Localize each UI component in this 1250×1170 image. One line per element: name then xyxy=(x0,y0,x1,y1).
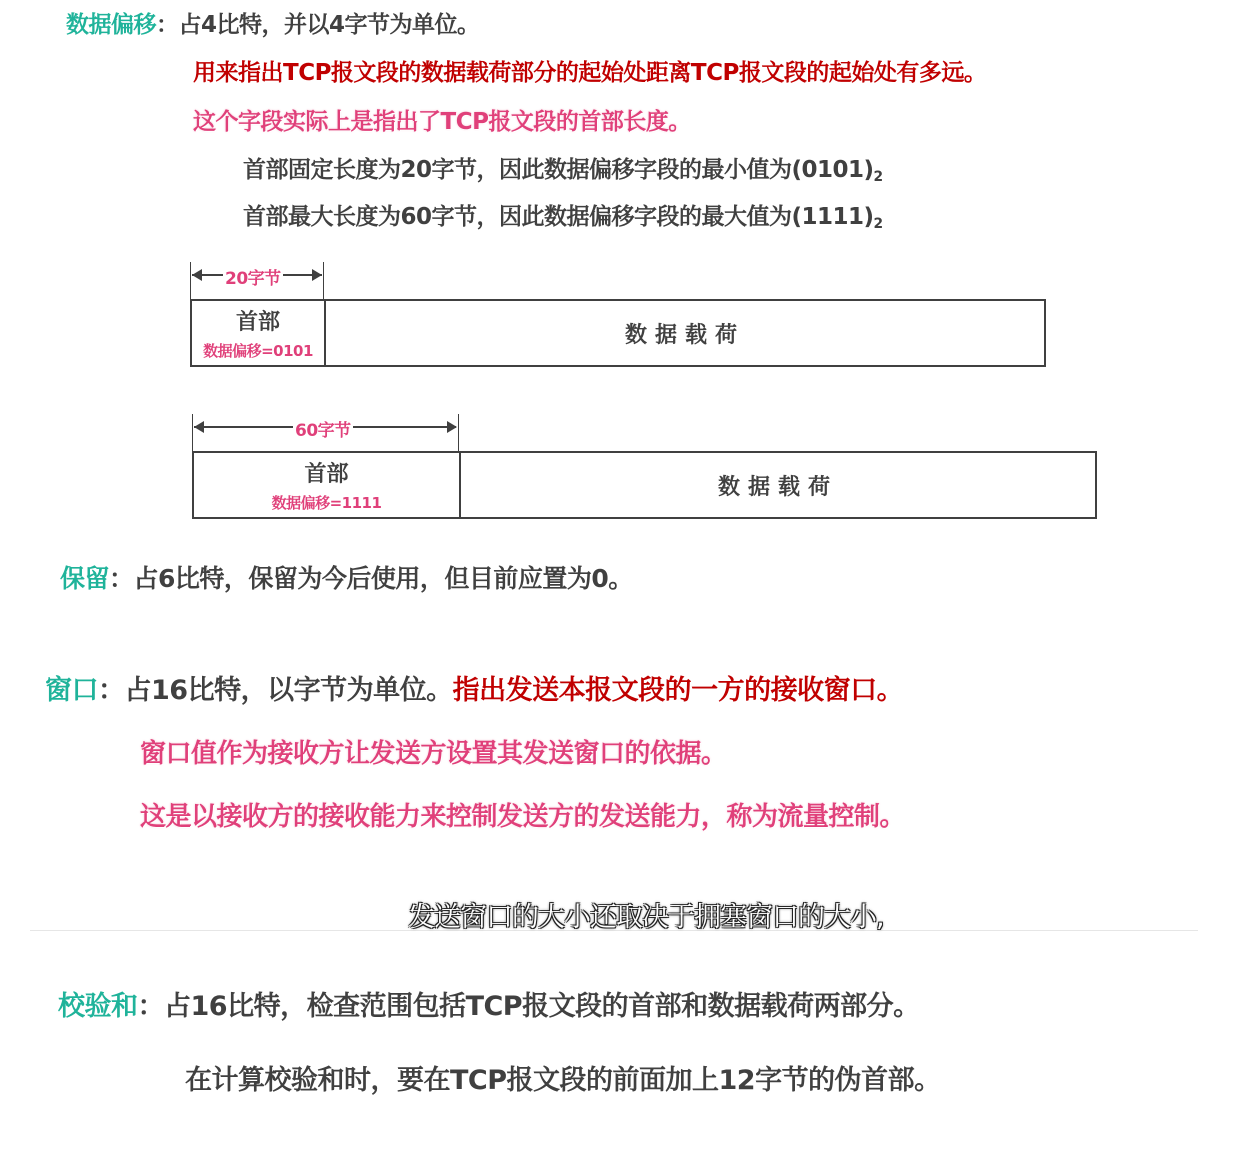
segment-diagram-min: 20字节 首部 数据偏移=0101 数据载荷 xyxy=(190,262,1046,370)
data-offset-label: 数据偏移 xyxy=(66,12,156,38)
arrow-right-icon xyxy=(312,269,322,281)
arrow-left-icon xyxy=(192,269,202,281)
segment-box: 首部 数据偏移=1111 数据载荷 xyxy=(192,451,1097,519)
segment-diagram-max: 60字节 首部 数据偏移=1111 数据载荷 xyxy=(192,410,1097,522)
reserved-heading: 保留：占6比特，保留为今后使用，但目前应置为0。 xyxy=(60,559,633,595)
checksum-heading: 校验和：占16比特，检查范围包括TCP报文段的首部和数据载荷两部分。 xyxy=(58,984,920,1023)
max-line-text: 首部最大长度为60字节，因此数据偏移字段的最大值为(1111) xyxy=(243,204,874,230)
arrow-left-icon xyxy=(194,421,204,433)
data-offset-pink-line: 这个字段实际上是指出了TCP报文段的首部长度。 xyxy=(193,103,691,136)
data-offset-desc: ：占4比特，并以4字节为单位。 xyxy=(156,12,480,38)
window-desc: ：占16比特，以字节为单位。 xyxy=(98,675,453,706)
max-subscript: 2 xyxy=(874,216,883,232)
payload-cell: 数据载荷 xyxy=(461,453,1095,517)
dimension-label: 20字节 xyxy=(223,264,283,289)
dimension-20-bytes: 20字节 xyxy=(190,262,324,286)
window-pink-line-2: 这是以接收方的接收能力来控制发送方的发送能力，称为流量控制。 xyxy=(140,796,905,833)
dimension-60-bytes: 60字节 xyxy=(192,414,459,438)
window-heading: 窗口：占16比特，以字节为单位。指出发送本报文段的一方的接收窗口。 xyxy=(45,668,903,707)
reserved-label: 保留 xyxy=(60,564,109,593)
offset-label: 数据偏移=1111 xyxy=(194,492,459,513)
data-offset-red-line: 用来指出TCP报文段的数据载荷部分的起始处距离TCP报文段的起始处有多远。 xyxy=(193,54,986,87)
reserved-desc: ：占6比特，保留为今后使用，但目前应置为0。 xyxy=(109,564,633,593)
checksum-desc: ：占16比特，检查范围包括TCP报文段的首部和数据载荷两部分。 xyxy=(138,991,920,1022)
dimension-label: 60字节 xyxy=(293,416,353,441)
segment-box: 首部 数据偏移=0101 数据载荷 xyxy=(190,299,1046,367)
header-cell: 首部 数据偏移=1111 xyxy=(194,453,461,517)
data-offset-min-line: 首部固定长度为20字节，因此数据偏移字段的最小值为(0101)2 xyxy=(243,151,883,185)
window-desc-red: 指出发送本报文段的一方的接收窗口。 xyxy=(453,675,904,706)
window-pink-line-1: 窗口值作为接收方让发送方设置其发送窗口的依据。 xyxy=(140,733,727,770)
min-line-text: 首部固定长度为20字节，因此数据偏移字段的最小值为(0101) xyxy=(243,157,874,183)
data-offset-max-line: 首部最大长度为60字节，因此数据偏移字段的最大值为(1111)2 xyxy=(243,198,883,232)
data-offset-heading: 数据偏移：占4比特，并以4字节为单位。 xyxy=(66,6,480,39)
header-cell: 首部 数据偏移=0101 xyxy=(192,301,326,365)
header-label: 首部 xyxy=(194,457,459,488)
video-subtitle: 发送窗口的大小还取决于拥塞窗口的大小, xyxy=(408,895,884,934)
checksum-label: 校验和 xyxy=(58,991,138,1022)
min-subscript: 2 xyxy=(874,169,883,185)
header-label: 首部 xyxy=(192,305,324,336)
payload-cell: 数据载荷 xyxy=(326,301,1044,365)
arrow-right-icon xyxy=(447,421,457,433)
window-label: 窗口 xyxy=(45,675,98,706)
checksum-line-2: 在计算校验和时，要在TCP报文段的前面加上12字节的伪首部。 xyxy=(185,1058,941,1097)
offset-label: 数据偏移=0101 xyxy=(192,340,324,361)
